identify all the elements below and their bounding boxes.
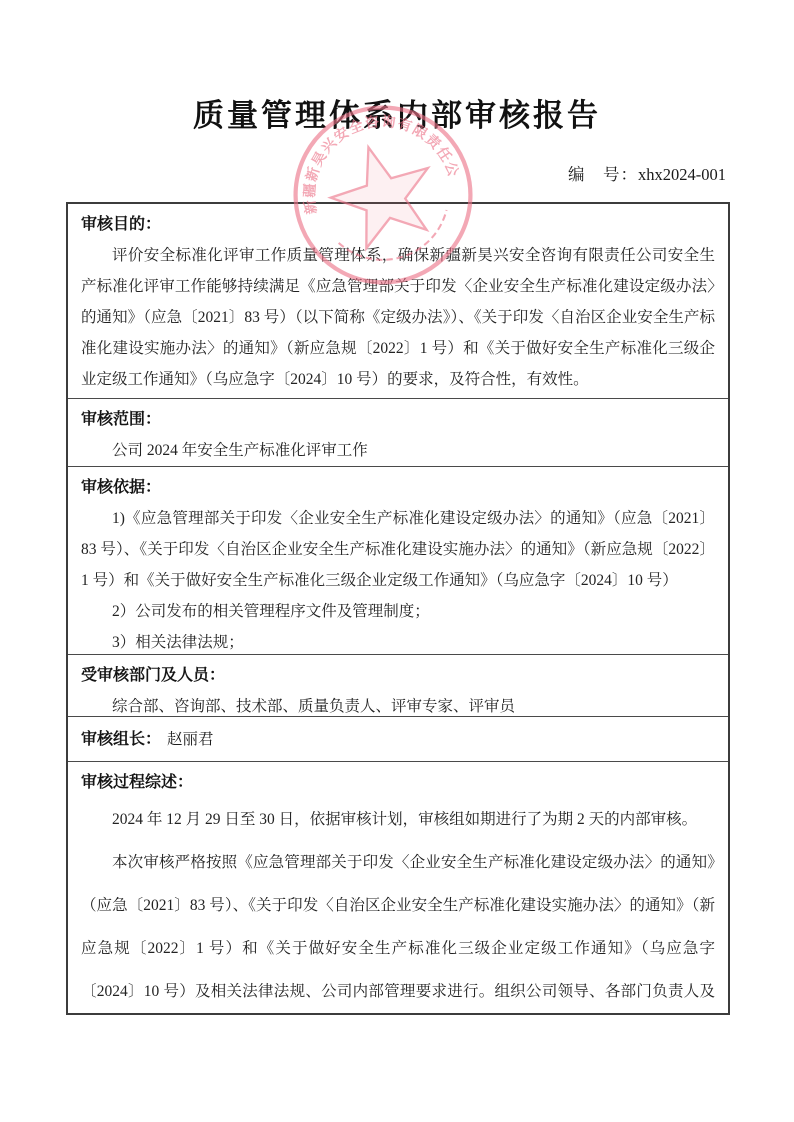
- audited-departments-label: 受审核部门及人员：: [81, 660, 715, 691]
- audit-report-table: 审核目的： 评价安全标准化评审工作质量管理体系，确保新疆新昊兴安全咨询有限责任公…: [66, 202, 730, 1015]
- table-row-audit-scope: 审核范围： 公司 2024 年安全生产标准化评审工作: [68, 398, 728, 466]
- audit-leader-label: 审核组长：: [81, 731, 161, 748]
- audit-basis-label: 审核依据：: [81, 472, 715, 503]
- audited-departments-text: 综合部、咨询部、技术部、质量负责人、评审专家、评审员: [81, 691, 715, 716]
- doc-number-label: 编 号：: [568, 165, 638, 184]
- table-row-audited-departments: 受审核部门及人员： 综合部、咨询部、技术部、质量负责人、评审专家、评审员: [68, 654, 728, 716]
- audit-process-label: 审核过程综述：: [81, 767, 715, 798]
- table-row-audit-basis: 审核依据： 1)《应急管理部关于印发〈企业安全生产标准化建设定级办法〉的通知》（…: [68, 466, 728, 654]
- table-row-audit-purpose: 审核目的： 评价安全标准化评审工作质量管理体系，确保新疆新昊兴安全咨询有限责任公…: [68, 204, 728, 398]
- audit-basis-item-3: 3）相关法律法规；: [81, 627, 715, 654]
- audit-process-paragraph-1: 2024 年 12 月 29 日至 30 日，依据审核计划，审核组如期进行了为期…: [81, 798, 715, 841]
- audit-purpose-text: 评价安全标准化评审工作质量管理体系，确保新疆新昊兴安全咨询有限责任公司安全生产标…: [81, 240, 715, 395]
- audit-basis-item-1: 1)《应急管理部关于印发〈企业安全生产标准化建设定级办法〉的通知》（应急〔202…: [81, 503, 715, 596]
- doc-number: 编 号：xhx2024-001: [0, 161, 726, 185]
- audit-basis-item-2: 2）公司发布的相关管理程序文件及管理制度；: [81, 596, 715, 627]
- audit-process-paragraph-2: 本次审核严格按照《应急管理部关于印发〈企业安全生产标准化建设定级办法〉的通知》（…: [81, 841, 715, 1013]
- audit-purpose-label: 审核目的：: [81, 209, 715, 240]
- audit-scope-text: 公司 2024 年安全生产标准化评审工作: [81, 435, 715, 466]
- audit-process-body: 2024 年 12 月 29 日至 30 日，依据审核计划，审核组如期进行了为期…: [81, 798, 715, 1013]
- document-page: 新疆新昊兴安全咨询有限责任公司 质量管理体系内部审核报告 编 号：xhx2024…: [0, 0, 794, 1122]
- audit-leader-name: 赵丽君: [167, 731, 214, 748]
- table-row-audit-leader: 审核组长：赵丽君: [68, 716, 728, 761]
- page-title: 质量管理体系内部审核报告: [0, 90, 794, 135]
- audit-scope-label: 审核范围：: [81, 404, 715, 435]
- doc-number-value: xhx2024-001: [638, 165, 726, 184]
- table-row-audit-process-summary: 审核过程综述： 2024 年 12 月 29 日至 30 日，依据审核计划，审核…: [68, 761, 728, 1013]
